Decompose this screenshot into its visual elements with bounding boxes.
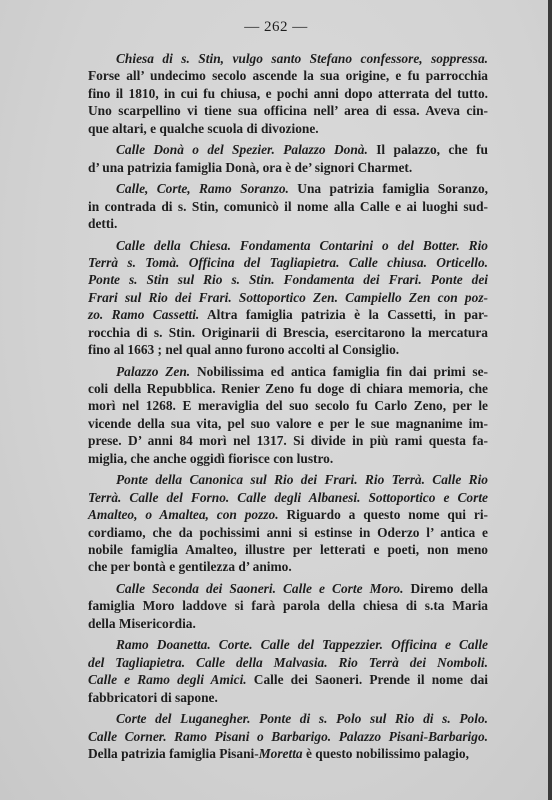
paragraph-palazzo-zen: Palazzo Zen. Nobilissima ed antica famig…	[88, 363, 488, 467]
text-line: Della patrizia famiglia Pisani-Moretta è…	[88, 745, 488, 762]
text-run: d’ una patrizia famiglia Donà, ora è de’…	[88, 160, 412, 175]
text-run: Forse all’ undecimo secolo ascende la su…	[88, 68, 488, 83]
text-line: nobile famiglia Amalteo, illustre per le…	[88, 541, 488, 558]
text-run: Altra famiglia patrizia è la Cassetti, i…	[199, 307, 488, 322]
page-number: — 262 —	[0, 19, 552, 36]
paragraph-calle-seconda-saoneri: Calle Seconda dei Saoneri. Calle e Corte…	[88, 580, 488, 632]
body-text: Chiesa di s. Stin, vulgo santo Stefano c…	[88, 50, 488, 767]
italic-place-name: Moretta	[259, 746, 303, 761]
page-edge-shadow	[548, 0, 552, 800]
text-run: Una patrizia famiglia Soranzo,	[289, 181, 488, 196]
text-run: prese. D’ anni 84 morì nel 1317. Si divi…	[88, 433, 488, 448]
italic-place-name: zo. Ramo Cassetti.	[88, 307, 199, 322]
text-run: Nobilissima ed antica famiglia fin dai p…	[190, 364, 488, 379]
paragraph-calle-della-chiesa: Calle della Chiesa. Fondamenta Contarini…	[88, 237, 488, 359]
italic-place-name: Calle Corner. Ramo Pisani o Barbarigo. P…	[88, 729, 488, 744]
paragraph-calle-soranzo: Calle, Corte, Ramo Soranzo. Una patrizia…	[88, 180, 488, 232]
text-run: fabbricatori di sapone.	[88, 690, 218, 705]
text-line: fabbricatori di sapone.	[88, 689, 488, 706]
text-run: fino al 1663 ; nel qual anno furono acco…	[88, 342, 399, 357]
text-line: Chiesa di s. Stin, vulgo santo Stefano c…	[88, 50, 488, 67]
italic-place-name: Palazzo Zen.	[116, 364, 190, 379]
text-run: della Misericordia.	[88, 616, 196, 631]
text-line: Uno scarpellino vi tiene sua officina ne…	[88, 102, 488, 119]
text-line: fino al 1663 ; nel qual anno furono acco…	[88, 341, 488, 358]
italic-place-name: Ponte s. Stin sul Rio s. Stin. Fondament…	[88, 272, 488, 287]
text-run: che per bontà e gentilezza d’ animo.	[88, 559, 292, 574]
text-run: Riguardo a questo nome qui ri-	[279, 507, 488, 522]
paragraph-ramo-doanetta: Ramo Doanetta. Corte. Calle del Tappezzi…	[88, 636, 488, 706]
text-line: del Tagliapietra. Calle della Malvasia. …	[88, 654, 488, 671]
text-run: que altari, e qualche scuola di divozion…	[88, 121, 319, 136]
italic-place-name: Terrà. Calle del Forno. Calle degli Alba…	[88, 490, 488, 505]
text-line: fino il 1810, in cui fu chiusa, e pochi …	[88, 85, 488, 102]
text-line: prese. D’ anni 84 morì nel 1317. Si divi…	[88, 432, 488, 449]
text-line: detti.	[88, 215, 488, 232]
text-run: rocchia di s. Stin. Originarii di Bresci…	[88, 325, 488, 340]
text-line: Calle, Corte, Ramo Soranzo. Una patrizia…	[88, 180, 488, 197]
text-line: Calle e Ramo degli Amici. Calle dei Saon…	[88, 671, 488, 688]
italic-place-name: Ramo Doanetta. Corte. Calle del Tappezzi…	[116, 637, 488, 652]
text-run: fino il 1810, in cui fu chiusa, e pochi …	[88, 86, 488, 101]
text-line: che per bontà e gentilezza d’ animo.	[88, 558, 488, 575]
text-run: morì nel 1268. E meraviglia del suo seco…	[88, 398, 488, 413]
italic-place-name: Terrà s. Tomà. Officina del Tagliapietra…	[88, 255, 488, 270]
text-line: morì nel 1268. E meraviglia del suo seco…	[88, 397, 488, 414]
text-line: cordiamo, che da pochissimi anni si esti…	[88, 524, 488, 541]
text-line: Calle Donà o del Spezier. Palazzo Donà. …	[88, 141, 488, 158]
paragraph-chiesa-s-stin: Chiesa di s. Stin, vulgo santo Stefano c…	[88, 50, 488, 137]
text-run: in contrada di s. Stin, comunicò il nome…	[88, 199, 488, 214]
text-run: Uno scarpellino vi tiene sua officina ne…	[88, 103, 488, 118]
text-line: famiglia Moro laddove si farà parola del…	[88, 597, 488, 614]
italic-place-name: Calle Donà o del Spezier. Palazzo Donà.	[116, 142, 368, 157]
text-line: Terrà s. Tomà. Officina del Tagliapietra…	[88, 254, 488, 271]
text-line: d’ una patrizia famiglia Donà, ora è de’…	[88, 159, 488, 176]
text-line: Calle Seconda dei Saoneri. Calle e Corte…	[88, 580, 488, 597]
text-line: Amalteo, o Amaltea, con pozzo. Riguardo …	[88, 506, 488, 523]
italic-place-name: Frari sul Rio dei Frari. Sottoportico Ze…	[88, 290, 488, 305]
text-run: detti.	[88, 216, 117, 231]
text-line: Calle Corner. Ramo Pisani o Barbarigo. P…	[88, 728, 488, 745]
paragraph-ponte-canonica: Ponte della Canonica sul Rio dei Frari. …	[88, 471, 488, 575]
text-line: Frari sul Rio dei Frari. Sottoportico Ze…	[88, 289, 488, 306]
text-line: Ramo Doanetta. Corte. Calle del Tappezzi…	[88, 636, 488, 653]
text-line: Ponte s. Stin sul Rio s. Stin. Fondament…	[88, 271, 488, 288]
text-line: vicende della sua vita, pel suo valore e…	[88, 415, 488, 432]
text-line: Palazzo Zen. Nobilissima ed antica famig…	[88, 363, 488, 380]
text-line: Calle della Chiesa. Fondamenta Contarini…	[88, 237, 488, 254]
italic-place-name: Ponte della Canonica sul Rio dei Frari. …	[116, 472, 488, 487]
text-line: que altari, e qualche scuola di divozion…	[88, 120, 488, 137]
text-run: nobile famiglia Amalteo, illustre per le…	[88, 542, 488, 557]
paragraph-calle-dona: Calle Donà o del Spezier. Palazzo Donà. …	[88, 141, 488, 176]
text-run: Della patrizia famiglia Pisani-	[88, 746, 259, 761]
text-run: Diremo della	[403, 581, 488, 596]
text-line: Forse all’ undecimo secolo ascende la su…	[88, 67, 488, 84]
italic-place-name: Corte del Luganegher. Ponte di s. Polo s…	[116, 711, 488, 726]
italic-place-name: Calle e Ramo degli Amici.	[88, 672, 247, 687]
text-run: è questo nobilissimo palagio,	[303, 746, 469, 761]
text-run: coli della Repubblica. Renier Zeno fu do…	[88, 381, 488, 396]
italic-place-name: del Tagliapietra. Calle della Malvasia. …	[88, 655, 488, 670]
text-line: Corte del Luganegher. Ponte di s. Polo s…	[88, 710, 488, 727]
text-run: Il palazzo, che fu	[368, 142, 488, 157]
text-line: in contrada di s. Stin, comunicò il nome…	[88, 198, 488, 215]
text-run: cordiamo, che da pochissimi anni si esti…	[88, 525, 488, 540]
text-run: famiglia Moro laddove si farà parola del…	[88, 598, 488, 613]
text-line: della Misericordia.	[88, 615, 488, 632]
text-line: Ponte della Canonica sul Rio dei Frari. …	[88, 471, 488, 488]
text-line: rocchia di s. Stin. Originarii di Bresci…	[88, 324, 488, 341]
text-run: miglia, che anche oggidì fiorisce con lu…	[88, 451, 333, 466]
paragraph-corte-luganegher: Corte del Luganegher. Ponte di s. Polo s…	[88, 710, 488, 762]
italic-place-name: Calle, Corte, Ramo Soranzo.	[116, 181, 289, 196]
text-line: miglia, che anche oggidì fiorisce con lu…	[88, 450, 488, 467]
text-run: Calle dei Saoneri. Prende il nome dai	[247, 672, 488, 687]
text-run: vicende della sua vita, pel suo valore e…	[88, 416, 488, 431]
italic-place-name: Calle della Chiesa. Fondamenta Contarini…	[116, 238, 488, 253]
text-line: coli della Repubblica. Renier Zeno fu do…	[88, 380, 488, 397]
italic-place-name: Chiesa di s. Stin, vulgo santo Stefano c…	[116, 51, 488, 66]
text-line: Terrà. Calle del Forno. Calle degli Alba…	[88, 489, 488, 506]
text-line: zo. Ramo Cassetti. Altra famiglia patriz…	[88, 306, 488, 323]
italic-place-name: Calle Seconda dei Saoneri. Calle e Corte…	[116, 581, 403, 596]
italic-place-name: Amalteo, o Amaltea, con pozzo.	[88, 507, 279, 522]
